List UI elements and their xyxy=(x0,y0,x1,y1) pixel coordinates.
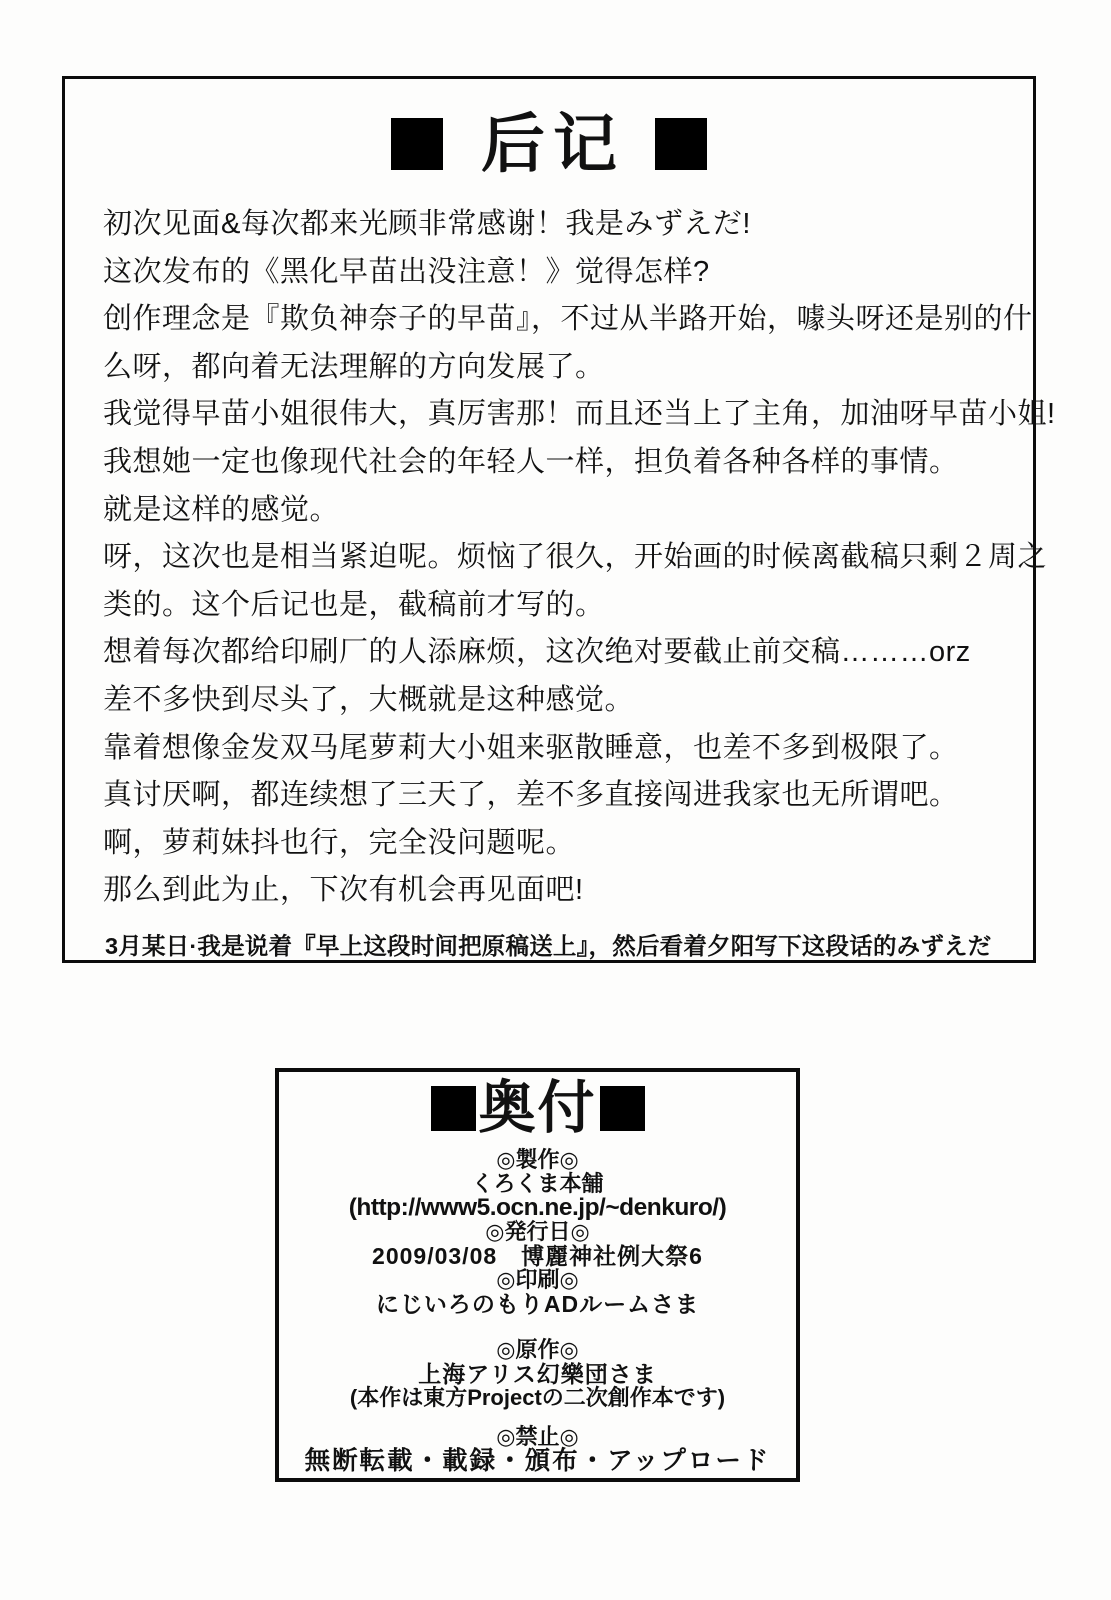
afterword-line: 啊，萝莉妹抖也行，完全没问题呢。 xyxy=(103,820,1003,868)
colophon-original-name: 上海アリス幻樂団さま xyxy=(279,1362,796,1386)
afterword-line: 想着每次都给印刷厂的人添麻烦，这次绝对要截止前交稿………orz xyxy=(103,629,1003,677)
afterword-line: 初次见面&每次都来光顾非常感谢！我是みずえだ! xyxy=(103,201,1003,249)
scanned-afterword-page: 后记 初次见面&每次都来光顾非常感谢！我是みずえだ! 这次发布的《黑化早苗出没注… xyxy=(0,0,1111,1600)
colophon-print-heading: ◎印刷◎ xyxy=(279,1268,796,1292)
black-square-icon xyxy=(431,1086,476,1131)
colophon-title-row: 奥付 xyxy=(279,1076,796,1140)
afterword-line: 呀，这次也是相当紧迫呢。烦恼了很久，开始画的时候离截稿只剩２周之 xyxy=(103,534,1003,582)
afterword-line: 么呀，都向着无法理解的方向发展了。 xyxy=(103,344,1003,392)
afterword-footnote: 3月某日·我是说着『早上这段时间把原稿送上』，然后看着夕阳写下这段话的みずえだ xyxy=(105,927,1003,961)
afterword-line: 靠着想像金发双马尾萝莉大小姐来驱散睡意，也差不多到极限了。 xyxy=(103,725,1003,773)
colophon-original-note: (本作は東方Projectの二次創作本です) xyxy=(279,1386,796,1410)
colophon-box: 奥付 ◎製作◎ くろくま本舗 (http://www5.ocn.ne.jp/~d… xyxy=(275,1068,800,1482)
colophon-original-heading: ◎原作◎ xyxy=(279,1338,796,1362)
afterword-title-row: 后记 xyxy=(65,111,1033,177)
colophon-production-url: (http://www5.ocn.ne.jp/~denkuro/) xyxy=(279,1196,796,1220)
afterword-title: 后记 xyxy=(473,112,625,176)
afterword-line: 我想她一定也像现代社会的年轻人一样，担负着各种各样的事情。 xyxy=(103,439,1003,487)
afterword-line: 我觉得早苗小姐很伟大，真厉害那！而且还当上了主角，加油呀早苗小姐! xyxy=(103,391,1003,439)
afterword-frame: 后记 初次见面&每次都来光顾非常感谢！我是みずえだ! 这次发布的《黑化早苗出没注… xyxy=(62,76,1036,963)
black-square-icon xyxy=(391,118,443,170)
colophon-content: ◎製作◎ くろくま本舗 (http://www5.ocn.ne.jp/~denk… xyxy=(279,1148,796,1473)
afterword-line: 真讨厌啊，都连续想了三天了，差不多直接闯进我家也无所谓吧。 xyxy=(103,772,1003,820)
afterword-body: 初次见面&每次都来光顾非常感谢！我是みずえだ! 这次发布的《黑化早苗出没注意！》… xyxy=(103,201,1003,915)
afterword-line: 那么到此为止，下次有机会再见面吧! xyxy=(103,867,1003,915)
afterword-line: 这次发布的《黑化早苗出没注意！》觉得怎样? xyxy=(103,249,1003,297)
colophon-title: 奥付 xyxy=(479,1080,597,1137)
afterword-line: 类的。这个后记也是，截稿前才写的。 xyxy=(103,582,1003,630)
colophon-production-heading: ◎製作◎ xyxy=(279,1148,796,1172)
colophon-date-value: 2009/03/08 博麗神社例大祭6 xyxy=(279,1244,796,1268)
black-square-icon xyxy=(600,1086,645,1131)
colophon-ban-heading: ◎禁止◎ xyxy=(279,1425,796,1449)
black-square-icon xyxy=(655,118,707,170)
afterword-line: 就是这样的感觉。 xyxy=(103,487,1003,535)
afterword-line: 差不多快到尽头了，大概就是这种感觉。 xyxy=(103,677,1003,725)
afterword-line: 创作理念是『欺负神奈子的早苗』，不过从半路开始，噱头呀还是别的什 xyxy=(103,296,1003,344)
colophon-date-heading: ◎発行日◎ xyxy=(279,1220,796,1244)
colophon-print-value: にじいろのもりADルームさま xyxy=(279,1292,796,1316)
colophon-ban-value: 無断転載・載録・頒布・アップロード xyxy=(279,1449,796,1473)
colophon-production-name: くろくま本舗 xyxy=(279,1172,796,1196)
